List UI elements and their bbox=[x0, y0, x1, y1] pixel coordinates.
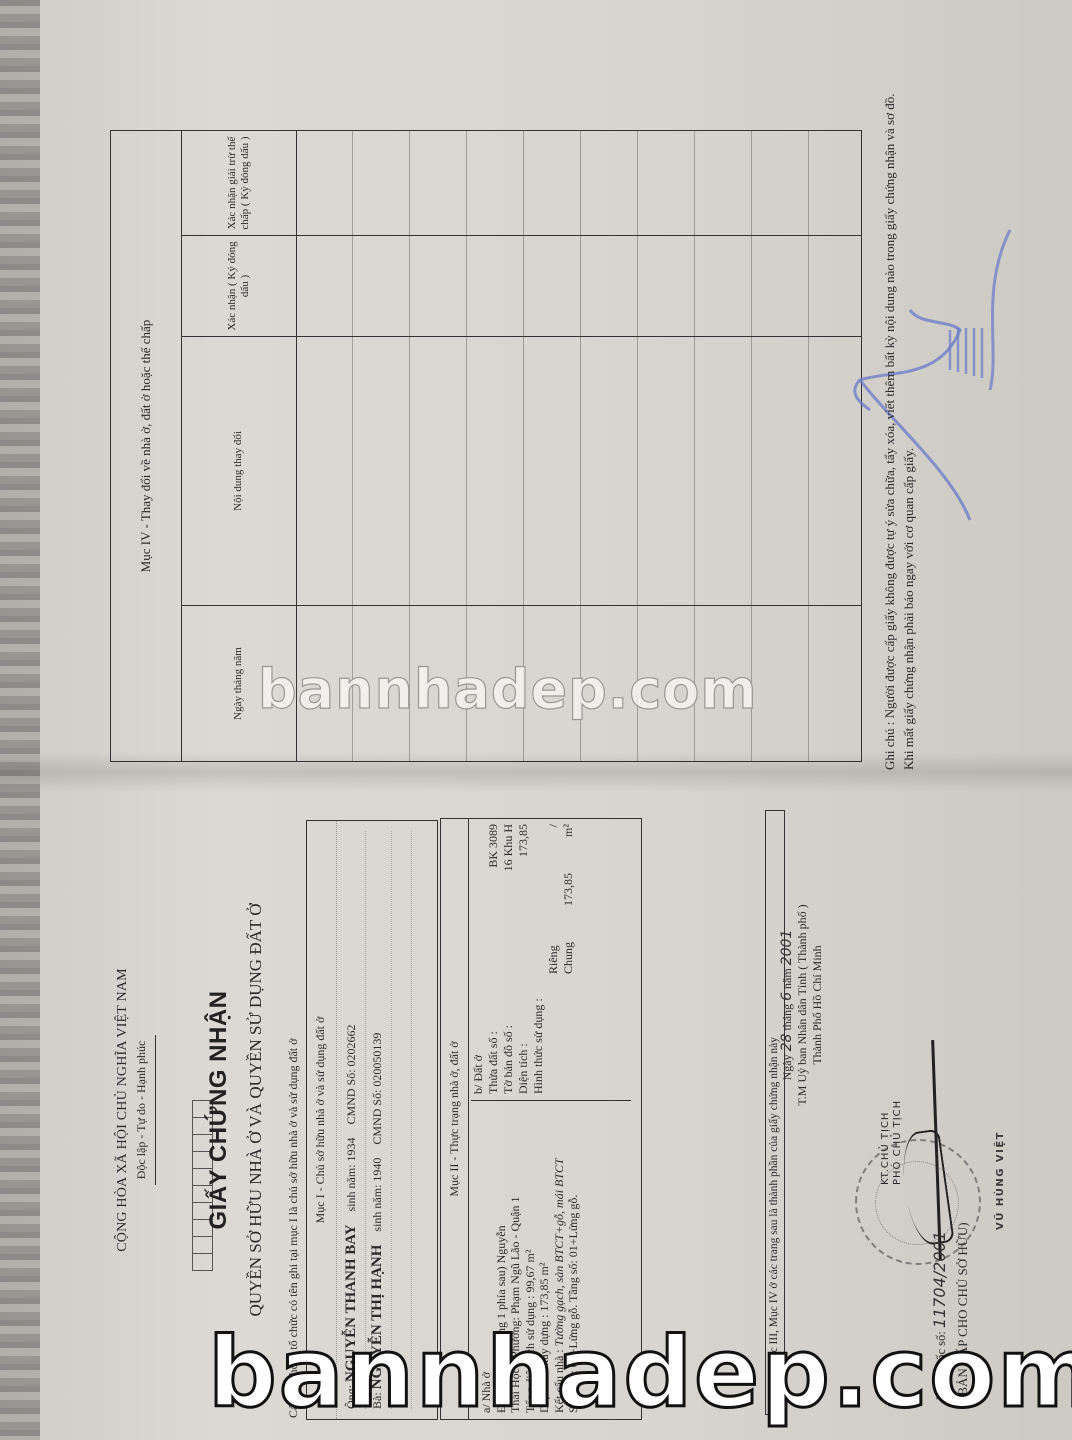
land-area-row: Diện tích :173,85 bbox=[516, 824, 531, 1094]
private-label: Riêng bbox=[546, 945, 561, 974]
watermark-light: bannhadep.com bbox=[258, 658, 758, 721]
stamp-title-2: PHÓ CHỦ TỊCH bbox=[892, 1045, 904, 1185]
column-header-release: Xác nhận giải trừ thế chấp ( Ký đóng dấu… bbox=[181, 131, 296, 235]
birth-year: 1940 bbox=[370, 1158, 384, 1182]
shared-label: Chung bbox=[561, 942, 576, 974]
stamp-title-1: KT.CHỦ TỊCH bbox=[880, 1045, 892, 1185]
map-sheet-row: Tờ bản đồ số :16 Khu H bbox=[501, 824, 516, 1094]
land-area-label: Diện tích : bbox=[516, 1043, 531, 1094]
column-confirm bbox=[296, 235, 861, 336]
file-number-value: 11704/2001 bbox=[930, 1231, 949, 1328]
issue-date: Ngày 28 tháng 6 năm 2001 bbox=[780, 825, 795, 1185]
signer-name: VŨ HÙNG VIỆT bbox=[995, 1131, 1006, 1230]
authority-line1: T.M Uỷ ban Nhân dân Tỉnh ( Thành phố ) bbox=[795, 825, 810, 1185]
birth-label: sinh năm: bbox=[370, 1185, 384, 1232]
building-area-value: 173,85 bbox=[537, 1279, 551, 1312]
photo-background: CỘNG HÒA XÃ HỘI CHỦ NGHĨA VIỆT NAM Độc l… bbox=[0, 0, 1072, 1440]
land-details: b/ Đất ở Thửa đất số :BK 3089 Tờ bản đồ … bbox=[471, 824, 631, 1101]
shared-row: Chung173,85m² bbox=[561, 824, 576, 1094]
birth-label: sinh năm: bbox=[344, 1164, 358, 1211]
motto: Độc lập - Tự do - Hạnh phúc bbox=[134, 960, 149, 1260]
section-4-title: Mục IV - Thay đổi về nhà ở, đất ở hoặc t… bbox=[111, 131, 182, 761]
issue-block: Ngày 28 tháng 6 năm 2001 T.M Uỷ ban Nhân… bbox=[780, 825, 825, 1185]
motto-underline bbox=[155, 1035, 156, 1185]
stamp-title: KT.CHỦ TỊCH PHÓ CHỦ TỊCH bbox=[880, 1045, 904, 1185]
national-header: CỘNG HÒA XÃ HỘI CHỦ NGHĨA VIỆT NAM Độc l… bbox=[115, 960, 156, 1260]
map-sheet-label: Tờ bản đồ số : bbox=[501, 1025, 516, 1094]
unit: m² bbox=[561, 824, 576, 837]
certificate-subtitle: QUYỀN SỞ HỮU NHÀ Ở VÀ QUYỀN SỬ DỤNG ĐẤT … bbox=[246, 850, 266, 1370]
usage-note: Ghi chú : Người được cấp giấy không được… bbox=[880, 80, 918, 770]
usage-label: Hình thức sử dụng : bbox=[531, 824, 546, 1094]
id-number: 0202662 bbox=[344, 1024, 358, 1066]
land-area-value: 173,85 bbox=[516, 824, 531, 857]
month-value: 6 bbox=[779, 992, 795, 1001]
day-label: Ngày bbox=[780, 1054, 794, 1080]
unit: m² bbox=[523, 1250, 537, 1263]
column-header-confirm: Xác nhận ( Ký đóng dấu ) bbox=[181, 235, 296, 336]
private-value: / bbox=[546, 824, 561, 827]
birth-year: 1934 bbox=[344, 1137, 358, 1161]
column-header-content: Nội dung thay đổi bbox=[181, 336, 296, 605]
month-label: tháng bbox=[780, 1004, 794, 1031]
year-value: 2001 bbox=[779, 930, 795, 966]
shared-value: 173,85 bbox=[561, 873, 576, 906]
land-heading: b/ Đất ở bbox=[471, 824, 486, 1094]
authority-line2: Thành Phố Hồ Chí Minh bbox=[810, 825, 825, 1185]
column-content bbox=[296, 336, 861, 605]
private-row: Riêng/ bbox=[546, 824, 561, 1094]
unit: m² bbox=[537, 1263, 551, 1276]
column-release bbox=[296, 131, 861, 235]
parcel-value: BK 3089 bbox=[486, 824, 501, 868]
map-sheet-value: 16 Khu H bbox=[501, 824, 516, 871]
watermark-bold: bannhadep.com bbox=[208, 1318, 1072, 1428]
day-value: 28 bbox=[779, 1034, 795, 1052]
nation-name: CỘNG HÒA XÃ HỘI CHỦ NGHĨA VIỆT NAM bbox=[115, 960, 131, 1260]
id-label: CMND Số: bbox=[370, 1090, 384, 1145]
parcel-label: Thửa đất số : bbox=[486, 1031, 501, 1094]
total-area-value: 99,67 bbox=[523, 1266, 537, 1293]
parcel-row: Thửa đất số :BK 3089 bbox=[486, 824, 501, 1094]
id-label: CMND Số: bbox=[344, 1069, 358, 1124]
id-number: 020050139 bbox=[370, 1033, 384, 1087]
year-label: năm bbox=[780, 968, 794, 989]
